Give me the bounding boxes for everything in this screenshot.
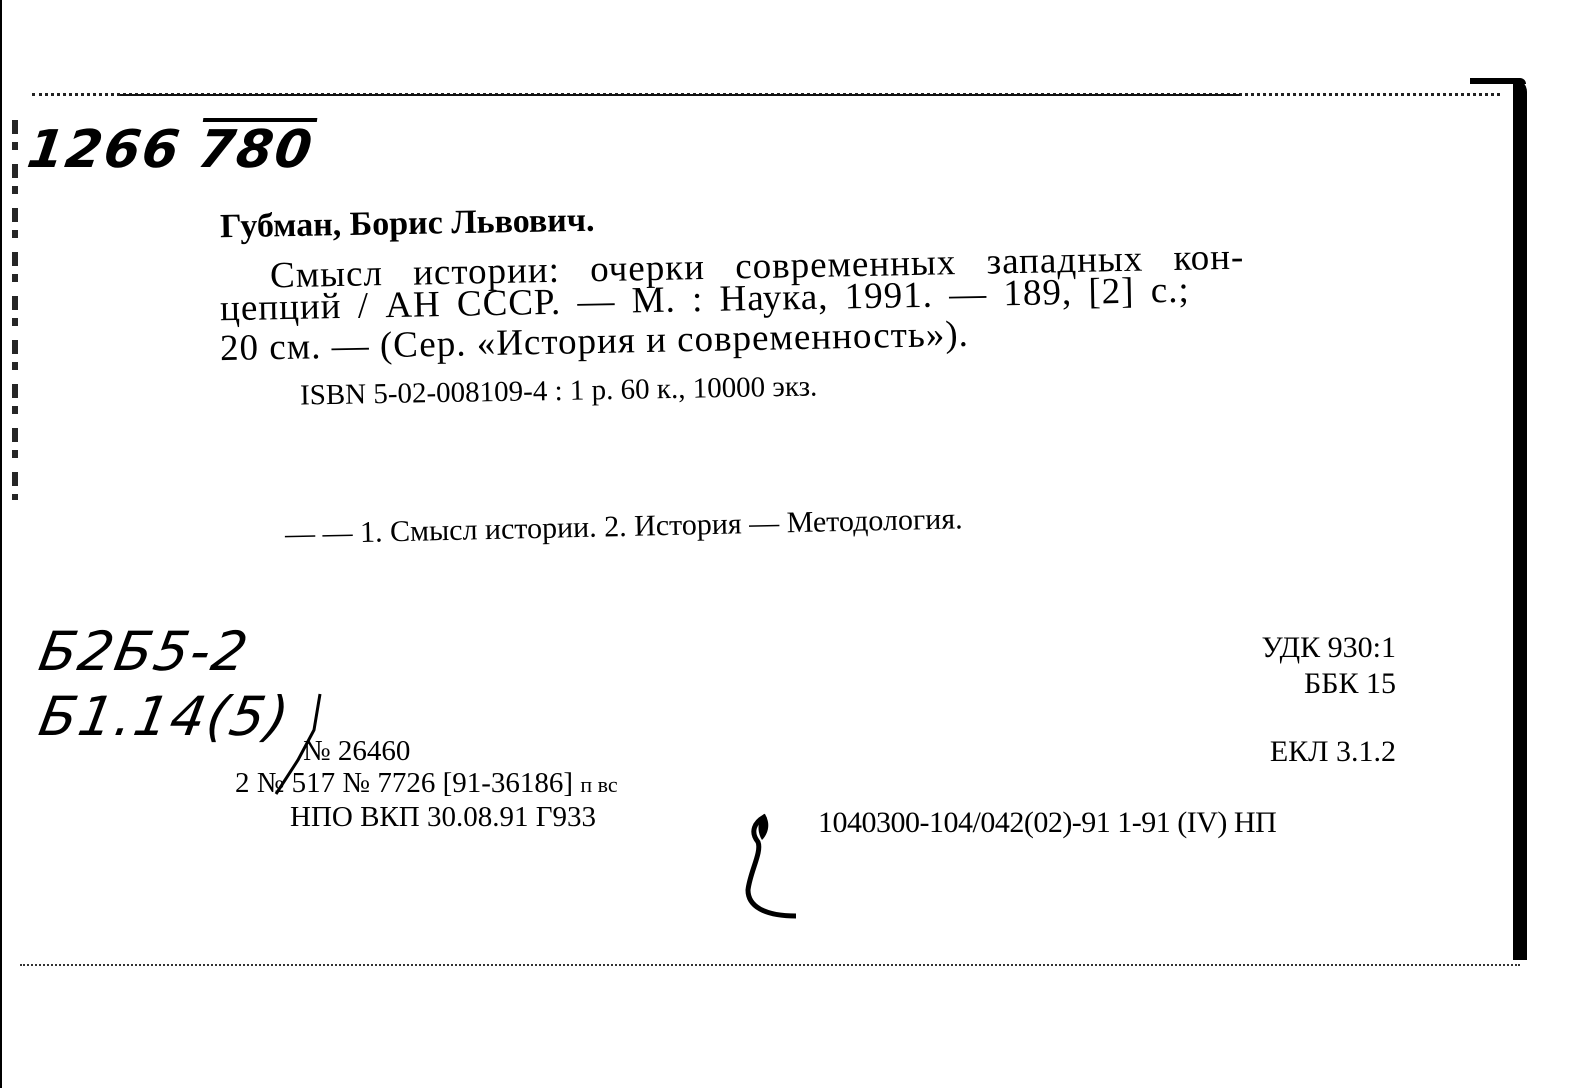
print-info-line-1: № 26460 [303, 735, 618, 767]
publisher-code: 1040300-104/042(02)-91 1-91 (IV) НП [818, 806, 1276, 840]
call-number-suffix: 780 [195, 118, 318, 176]
print-info-line-3: НПО ВКП 30.08.91 Г933 [290, 801, 618, 833]
subjects-line: — — 1. Смысл истории. 2. История — Метод… [285, 502, 963, 551]
isbn-line: ISBN 5-02-008109-4 : 1 р. 60 к., 10000 э… [300, 370, 818, 412]
ekl-code: ЕКЛ 3.1.2 [1270, 735, 1396, 769]
print-info-line-2: 2 № 517 № 7726 [91-36186] п вс [235, 767, 618, 801]
handwritten-shelf-mark-1: Б2Б5-2 [34, 620, 254, 683]
card-bottom-border [20, 964, 1520, 966]
bbk-code: ББК 15 [1261, 666, 1396, 702]
handwritten-call-number: 1266780 [24, 118, 318, 180]
print-info-line-2-prefix: 2 № 517 № 7726 [91-36186] [235, 767, 573, 799]
print-info: № 26460 2 № 517 № 7726 [91-36186] п вс Н… [235, 735, 618, 833]
card-top-border-solid [120, 94, 1240, 96]
udk-code: УДК 930:1 [1261, 630, 1396, 666]
print-info-line-2-suffix: п вс [580, 772, 617, 797]
page-edge [0, 0, 2, 1088]
call-number-main: 1266 [24, 120, 185, 180]
card-left-edge-marks [12, 120, 18, 500]
author-heading: Губман, Борис Львович. [220, 202, 595, 247]
classification-codes: УДК 930:1 ББК 15 [1261, 630, 1396, 702]
ink-bracket-mark [740, 812, 800, 922]
card-right-border [1513, 78, 1527, 960]
